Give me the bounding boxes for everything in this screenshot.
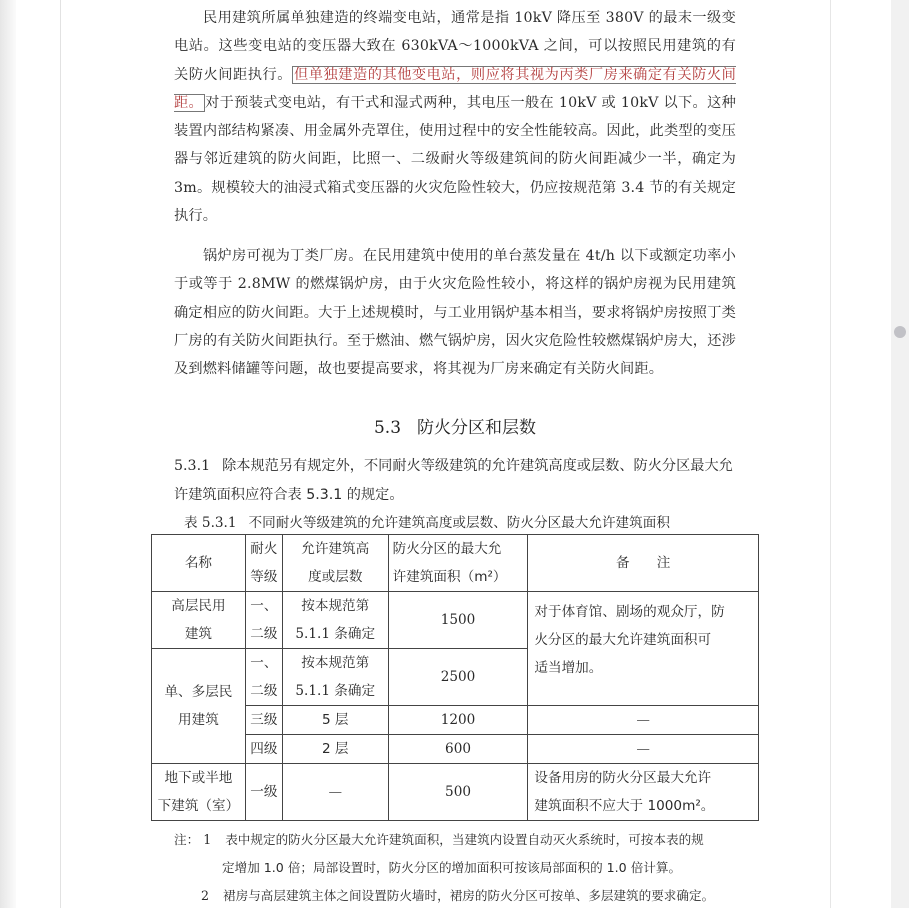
vertical-scrollbar[interactable] <box>891 0 909 908</box>
cell-note-shared: 对于体育馆、剧场的观众厅，防火分区的最大允许建筑面积可适当增加。 <box>528 592 759 706</box>
section-heading: 5.3防火分区和层数 <box>174 413 736 438</box>
clause-number: 5.3.1 <box>174 458 210 474</box>
notes-label: 注： <box>174 832 199 847</box>
note-item-2: 2裙房与高层建筑主体之间设置防火墙时，裙房的防火分区可按单、多层建筑的要求确定。 <box>174 882 774 908</box>
cell-area: 600 <box>388 735 528 764</box>
header-name: 名称 <box>152 535 246 592</box>
header-grade: 耐火等级 <box>245 535 282 592</box>
cell-area: 1500 <box>388 592 528 649</box>
clause-5-3-1: 5.3.1除本规范另有规定外，不同耐火等级建筑的允许建筑高度或层数、防火分区最大… <box>174 452 736 509</box>
cell-name: 高层民用建筑 <box>152 592 246 649</box>
note-text: 定增加 1.0 倍；局部设置时，防火分区的增加面积可按该局部面积的 1.0 倍计… <box>222 860 681 875</box>
table-caption: 表 5.3.1不同耐火等级建筑的允许建筑高度或层数、防火分区最大允许建筑面积 <box>184 511 670 531</box>
header-note: 备 注 <box>528 535 759 592</box>
cell-height: 5 层 <box>282 706 388 735</box>
cell-grade: 三级 <box>245 706 282 735</box>
cell-height: 按本规范第5.1.1 条确定 <box>282 592 388 649</box>
table-notes: 注：1表中规定的防火分区最大允许建筑面积，当建筑内设置自动灭火系统时，可按本表的… <box>174 826 774 908</box>
cell-note: — <box>528 735 759 764</box>
cell-grade: 一、二级 <box>245 592 282 649</box>
table-header-row: 名称 耐火等级 允许建筑高度或层数 防火分区的最大允许建筑面积（m²） 备 注 <box>152 535 759 592</box>
cell-area: 1200 <box>388 706 528 735</box>
cell-area: 500 <box>388 764 528 821</box>
paragraph-text: 对于预装式变电站，有干式和湿式两种，其电压一般在 10kV 或 10kV 以下。… <box>174 95 736 224</box>
cell-note: — <box>528 706 759 735</box>
header-height: 允许建筑高度或层数 <box>282 535 388 592</box>
note-item-1: 注：1表中规定的防火分区最大允许建筑面积，当建筑内设置自动灭火系统时，可按本表的… <box>174 826 774 854</box>
cell-name: 地下或半地下建筑（室） <box>152 764 246 821</box>
page-edge-left <box>60 0 61 908</box>
note-text: 裙房与高层建筑主体之间设置防火墙时，裙房的防火分区可按单、多层建筑的要求确定。 <box>223 888 714 903</box>
table-row: 地下或半地下建筑（室） 一级 — 500 设备用房的防火分区最大允许建筑面积不应… <box>152 764 759 821</box>
viewer-left-shadow <box>0 0 16 908</box>
section-number: 5.3 <box>374 418 401 438</box>
cell-grade: 一、二级 <box>245 649 282 706</box>
table-number: 表 5.3.1 <box>184 515 237 531</box>
cell-height: 2 层 <box>282 735 388 764</box>
note-number: 1 <box>203 832 211 847</box>
paragraph-substation: 民用建筑所属单独建造的终端变电站，通常是指 10kV 降压至 380V 的最末一… <box>174 4 736 230</box>
cell-grade: 一级 <box>245 764 282 821</box>
clause-text: 除本规范另有规定外，不同耐火等级建筑的允许建筑高度或层数、防火分区最大允许建筑面… <box>174 458 733 503</box>
scrollbar-thumb[interactable] <box>894 326 906 338</box>
note-item-1-cont: 定增加 1.0 倍；局部设置时，防火分区的增加面积可按该局部面积的 1.0 倍计… <box>174 854 774 882</box>
cell-note: 设备用房的防火分区最大允许建筑面积不应大于 1000m²。 <box>528 764 759 821</box>
table-title: 不同耐火等级建筑的允许建筑高度或层数、防火分区最大允许建筑面积 <box>249 515 670 531</box>
cell-area: 2500 <box>388 649 528 706</box>
cell-height: 按本规范第5.1.1 条确定 <box>282 649 388 706</box>
cell-height: — <box>282 764 388 821</box>
note-number: 2 <box>201 888 209 903</box>
fire-compartment-table: 名称 耐火等级 允许建筑高度或层数 防火分区的最大允许建筑面积（m²） 备 注 … <box>151 534 759 821</box>
note-text: 表中规定的防火分区最大允许建筑面积，当建筑内设置自动灭火系统时，可按本表的规 <box>225 832 704 847</box>
page-edge-right <box>830 0 831 908</box>
cell-name: 单、多层民用建筑 <box>152 649 246 764</box>
header-area: 防火分区的最大允许建筑面积（m²） <box>388 535 528 592</box>
table-row: 高层民用建筑 一、二级 按本规范第5.1.1 条确定 1500 对于体育馆、剧场… <box>152 592 759 649</box>
paragraph-boiler-room: 锅炉房可视为丁类厂房。在民用建筑中使用的单台蒸发量在 4t/h 以下或额定功率小… <box>174 242 736 383</box>
cell-grade: 四级 <box>245 735 282 764</box>
section-title: 防火分区和层数 <box>417 418 536 438</box>
